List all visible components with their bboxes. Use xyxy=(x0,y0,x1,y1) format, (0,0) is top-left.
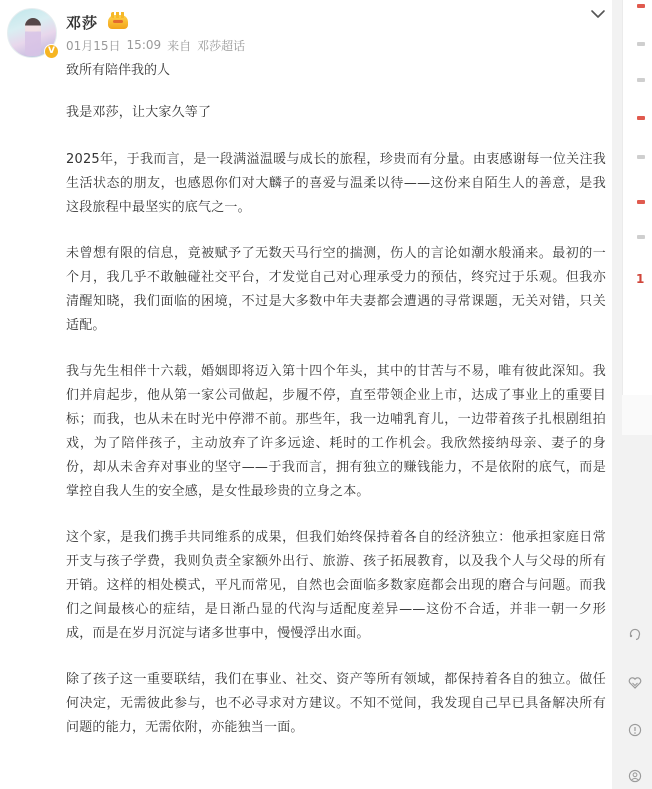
headset-icon xyxy=(628,628,642,642)
report-button[interactable] xyxy=(628,722,642,736)
paragraph: 这个家，是我们携手共同维系的成果，但我们始终保持着各自的经济独立：他承担家庭日常… xyxy=(66,526,606,646)
clipped-text-fragment xyxy=(637,155,645,159)
profile-button[interactable] xyxy=(628,768,642,782)
clipped-text-fragment xyxy=(637,235,645,239)
username-link[interactable]: 邓莎 xyxy=(66,12,98,33)
chevron-down-icon xyxy=(590,8,606,20)
source-prefix: 来自 xyxy=(167,37,191,54)
right-sidebar-edge: 1 xyxy=(612,0,652,789)
paragraph: 我是邓莎，让大家久等了 xyxy=(66,101,606,125)
clipped-text-fragment xyxy=(637,42,645,46)
care-button[interactable] xyxy=(628,675,642,689)
source-link[interactable]: 邓莎超话 xyxy=(197,37,245,54)
post-menu-button[interactable] xyxy=(590,5,606,17)
clipped-text-fragment xyxy=(637,116,645,120)
clipped-text-fragment xyxy=(637,200,645,204)
post-body: 我是邓莎，让大家久等了 2025年，于我而言，是一段满溢温暖与成长的旅程，珍贵而… xyxy=(66,101,606,762)
avatar-figure xyxy=(25,18,41,56)
post-meta: 01月15日 15:09 来自 邓莎超话 xyxy=(66,37,612,53)
clipped-rank-number: 1 xyxy=(636,272,642,284)
post-date[interactable]: 01月15日 xyxy=(66,37,121,54)
post-header: 邓莎 01月15日 15:09 来自 邓莎超话 致所有陪伴我的人 xyxy=(66,12,612,78)
weibo-post: V 邓莎 01月15日 15:09 来自 邓莎超话 致所有陪伴我的人 我是邓莎，… xyxy=(0,0,612,789)
clipped-text-fragment xyxy=(637,78,645,82)
avatar[interactable]: V xyxy=(7,8,57,58)
alert-icon xyxy=(628,723,642,737)
heart-icon xyxy=(628,676,642,690)
post-time[interactable]: 15:09 xyxy=(127,38,162,52)
sidebar-card-clipped xyxy=(622,0,652,395)
user-icon xyxy=(628,769,642,783)
verified-badge-icon: V xyxy=(44,44,59,59)
paragraph: 我与先生相伴十六载，婚姻即将迈入第十四个年头，其中的甘苦与不易，唯有彼此深知。我… xyxy=(66,360,606,504)
paragraph: 除了孩子这一重要联结，我们在事业、社交、资产等所有领域，都保持着各自的独立。做任… xyxy=(66,668,606,740)
vip-crown-icon[interactable] xyxy=(108,15,128,29)
paragraph: 2025年，于我而言，是一段满溢温暖与成长的旅程，珍贵而有分量。由衷感谢每一位关… xyxy=(66,148,606,220)
post-title: 致所有陪伴我的人 xyxy=(66,59,612,78)
sidebar-card-clipped-2 xyxy=(622,395,652,435)
paragraph: 未曾想有限的信息，竟被赋予了无数天马行空的揣测，伤人的言论如潮水般涌来。最初的一… xyxy=(66,242,606,338)
customer-service-button[interactable] xyxy=(628,627,642,641)
clipped-text-fragment xyxy=(637,4,645,8)
name-row: 邓莎 xyxy=(66,12,612,32)
